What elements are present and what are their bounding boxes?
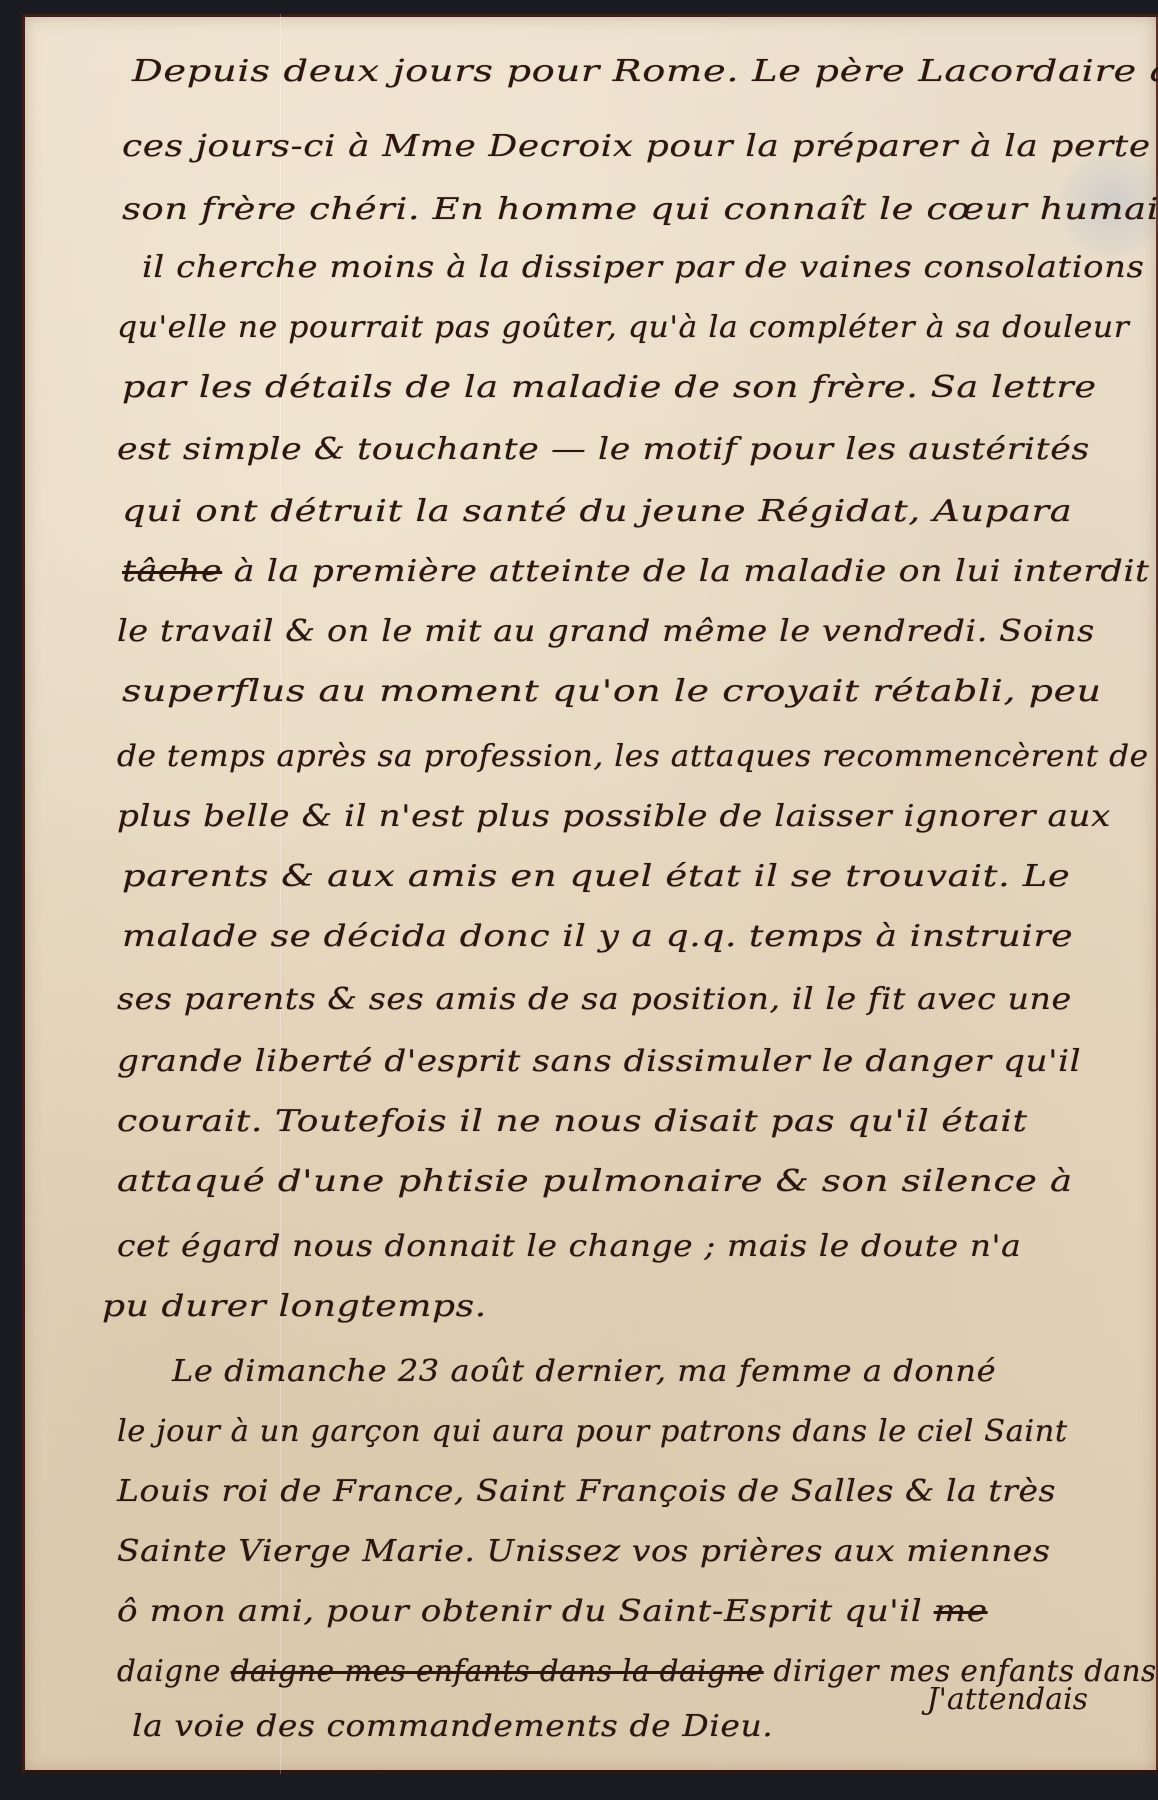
text-line: de temps après sa profession, les attaqu… xyxy=(117,739,1149,774)
text-line: plus belle & il n'est plus possible de l… xyxy=(117,799,1111,834)
text-line: ses parents & ses amis de sa position, i… xyxy=(117,982,1072,1017)
text-line: ces jours-ci à Mme Decroix pour la prépa… xyxy=(122,129,1158,164)
text-line: Le dimanche 23 août dernier, ma femme a … xyxy=(172,1354,996,1389)
text-line: tâche à la première atteinte de la malad… xyxy=(122,554,1150,589)
struck-phrase: daigne mes enfants dans la daigne xyxy=(231,1654,764,1689)
text-line: la voie des commandements de Dieu. xyxy=(132,1709,773,1744)
line-lead: daigne xyxy=(117,1654,221,1689)
line-text: à la première atteinte de la maladie on … xyxy=(234,554,1150,589)
letter-page: Depuis deux jours pour Rome. Le père Lac… xyxy=(22,14,1158,1774)
text-line: Louis roi de France, Saint François de S… xyxy=(117,1474,1056,1509)
text-line: parents & aux amis en quel état il se tr… xyxy=(122,859,1070,894)
text-line: cet égard nous donnait le change ; mais … xyxy=(117,1229,1021,1264)
text-line: courait. Toutefois il ne nous disait pas… xyxy=(117,1104,1028,1139)
text-line: le travail & on le mit au grand même le … xyxy=(117,614,1095,649)
text-line: qui ont détruit la santé du jeune Régida… xyxy=(122,494,1072,529)
text-line: ô mon ami, pour obtenir du Saint-Esprit … xyxy=(117,1594,988,1629)
text-line: Sainte Vierge Marie. Unissez vos prières… xyxy=(117,1534,1050,1569)
text-line: superflus au moment qu'on le croyait rét… xyxy=(122,674,1102,709)
line-text: ô mon ami, pour obtenir du Saint-Esprit … xyxy=(117,1594,922,1629)
text-line: son frère chéri. En homme qui connaît le… xyxy=(122,192,1158,227)
text-line: grande liberté d'esprit sans dissimuler … xyxy=(117,1044,1081,1079)
text-line: le jour à un garçon qui aura pour patron… xyxy=(117,1414,1068,1449)
struck-word: me xyxy=(934,1594,988,1629)
text-line: est simple & touchante — le motif pour l… xyxy=(117,432,1090,467)
text-line: pu durer longtemps. xyxy=(102,1289,487,1324)
text-line: il cherche moins à la dissiper par de va… xyxy=(142,250,1144,285)
text-line: Depuis deux jours pour Rome. Le père Lac… xyxy=(132,54,1158,89)
struck-word: tâche xyxy=(122,554,222,589)
text-line: malade se décida donc il y a q.q. temps … xyxy=(122,919,1073,954)
text-line: par les détails de la maladie de son frè… xyxy=(122,370,1097,405)
text-line: qu'elle ne pourrait pas goûter, qu'à la … xyxy=(117,310,1129,345)
closing-word: J'attendais xyxy=(927,1682,1088,1717)
text-line: attaqué d'une phtisie pulmonaire & son s… xyxy=(117,1164,1073,1199)
